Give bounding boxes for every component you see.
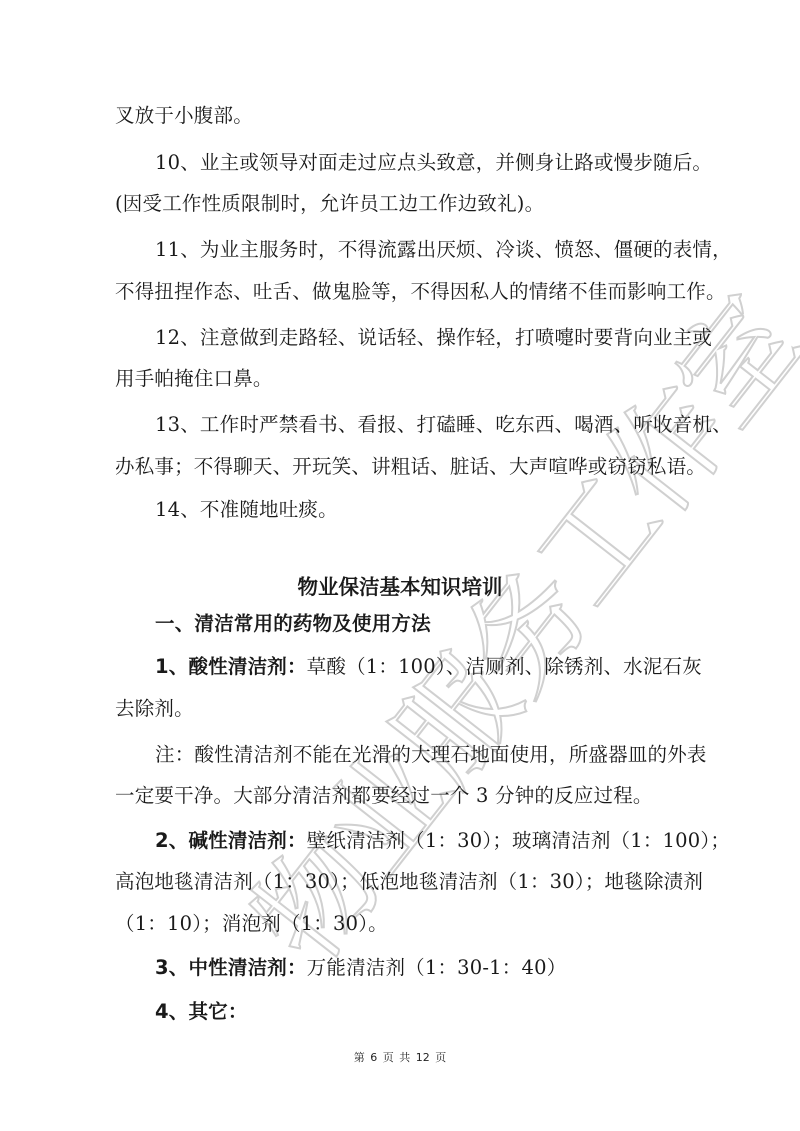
paragraph-line: 13、工作时严禁看书、看报、打磕睡、吃东西、喝酒、听收音机、 <box>155 413 732 437</box>
item-2: 2、碱性清洁剂：壁纸清洁剂（1：30）；玻璃清洁剂（1：100）； <box>155 829 730 853</box>
paragraph-line: 办私事；不得聊天、开玩笑、讲粗话、脏话、大声喧哗或窃窃私语。 <box>115 455 706 479</box>
note-line: 一定要干净。大部分清洁剂都要经过一个 3 分钟的反应过程。 <box>115 784 653 808</box>
item-3-text: 万能清洁剂（1：30-1：40） <box>307 956 567 979</box>
item-1-text: 草酸（1：100）、洁厕剂、除锈剂、水泥石灰 <box>307 655 702 678</box>
item-1: 1、酸性清洁剂：草酸（1：100）、洁厕剂、除锈剂、水泥石灰 <box>155 655 702 679</box>
paragraph-line: 14、不准随地吐痰。 <box>155 498 338 522</box>
paragraph-line: 10、业主或领导对面走过应点头致意，并侧身让路或慢步随后。 <box>155 151 712 175</box>
paragraph-line: 不得扭捏作态、吐舌、做鬼脸等，不得因私人的情绪不佳而影响工作。 <box>115 280 726 304</box>
item-3: 3、中性清洁剂：万能清洁剂（1：30-1：40） <box>155 956 566 980</box>
paragraph-line: (因受工作性质限制时，允许员工边工作边致礼)。 <box>115 192 544 216</box>
item-4-label: 4、其它： <box>155 1000 248 1024</box>
paragraph-line: 高泡地毯清洁剂（1：30）；低泡地毯清洁剂（1：30）；地毯除渍剂 <box>115 870 703 894</box>
paragraph-line: 用手帕掩住口鼻。 <box>115 367 273 391</box>
paragraph-line: （1：10）；消泡剂（1：30）。 <box>115 912 388 936</box>
paragraph-line: 叉放于小腹部。 <box>115 104 253 128</box>
note-line: 注：酸性清洁剂不能在光滑的大理石地面使用，所盛器皿的外表 <box>155 743 707 767</box>
item-2-label: 2、碱性清洁剂： <box>155 829 307 852</box>
section-title: 物业保洁基本知识培训 <box>0 570 800 600</box>
item-1-label: 1、酸性清洁剂： <box>155 655 307 678</box>
paragraph-line: 去除剂。 <box>115 697 194 721</box>
document-page: 物业服务工作室 叉放于小腹部。 10、业主或领导对面走过应点头致意，并侧身让路或… <box>0 0 800 1131</box>
item-2-text: 壁纸清洁剂（1：30）；玻璃清洁剂（1：100）； <box>307 829 730 852</box>
paragraph-line: 11、为业主服务时，不得流露出厌烦、冷谈、愤怒、僵硬的表情， <box>155 238 732 262</box>
paragraph-line: 12、注意做到走路轻、说话轻、操作轻，打喷嚏时要背向业主或 <box>155 326 712 350</box>
section-heading: 一、清洁常用的药物及使用方法 <box>155 612 431 636</box>
page-content: 叉放于小腹部。 10、业主或领导对面走过应点头致意，并侧身让路或慢步随后。 (因… <box>0 0 800 1131</box>
page-number-footer: 第 6 页 共 12 页 <box>0 1049 800 1065</box>
item-3-label: 3、中性清洁剂： <box>155 956 307 979</box>
